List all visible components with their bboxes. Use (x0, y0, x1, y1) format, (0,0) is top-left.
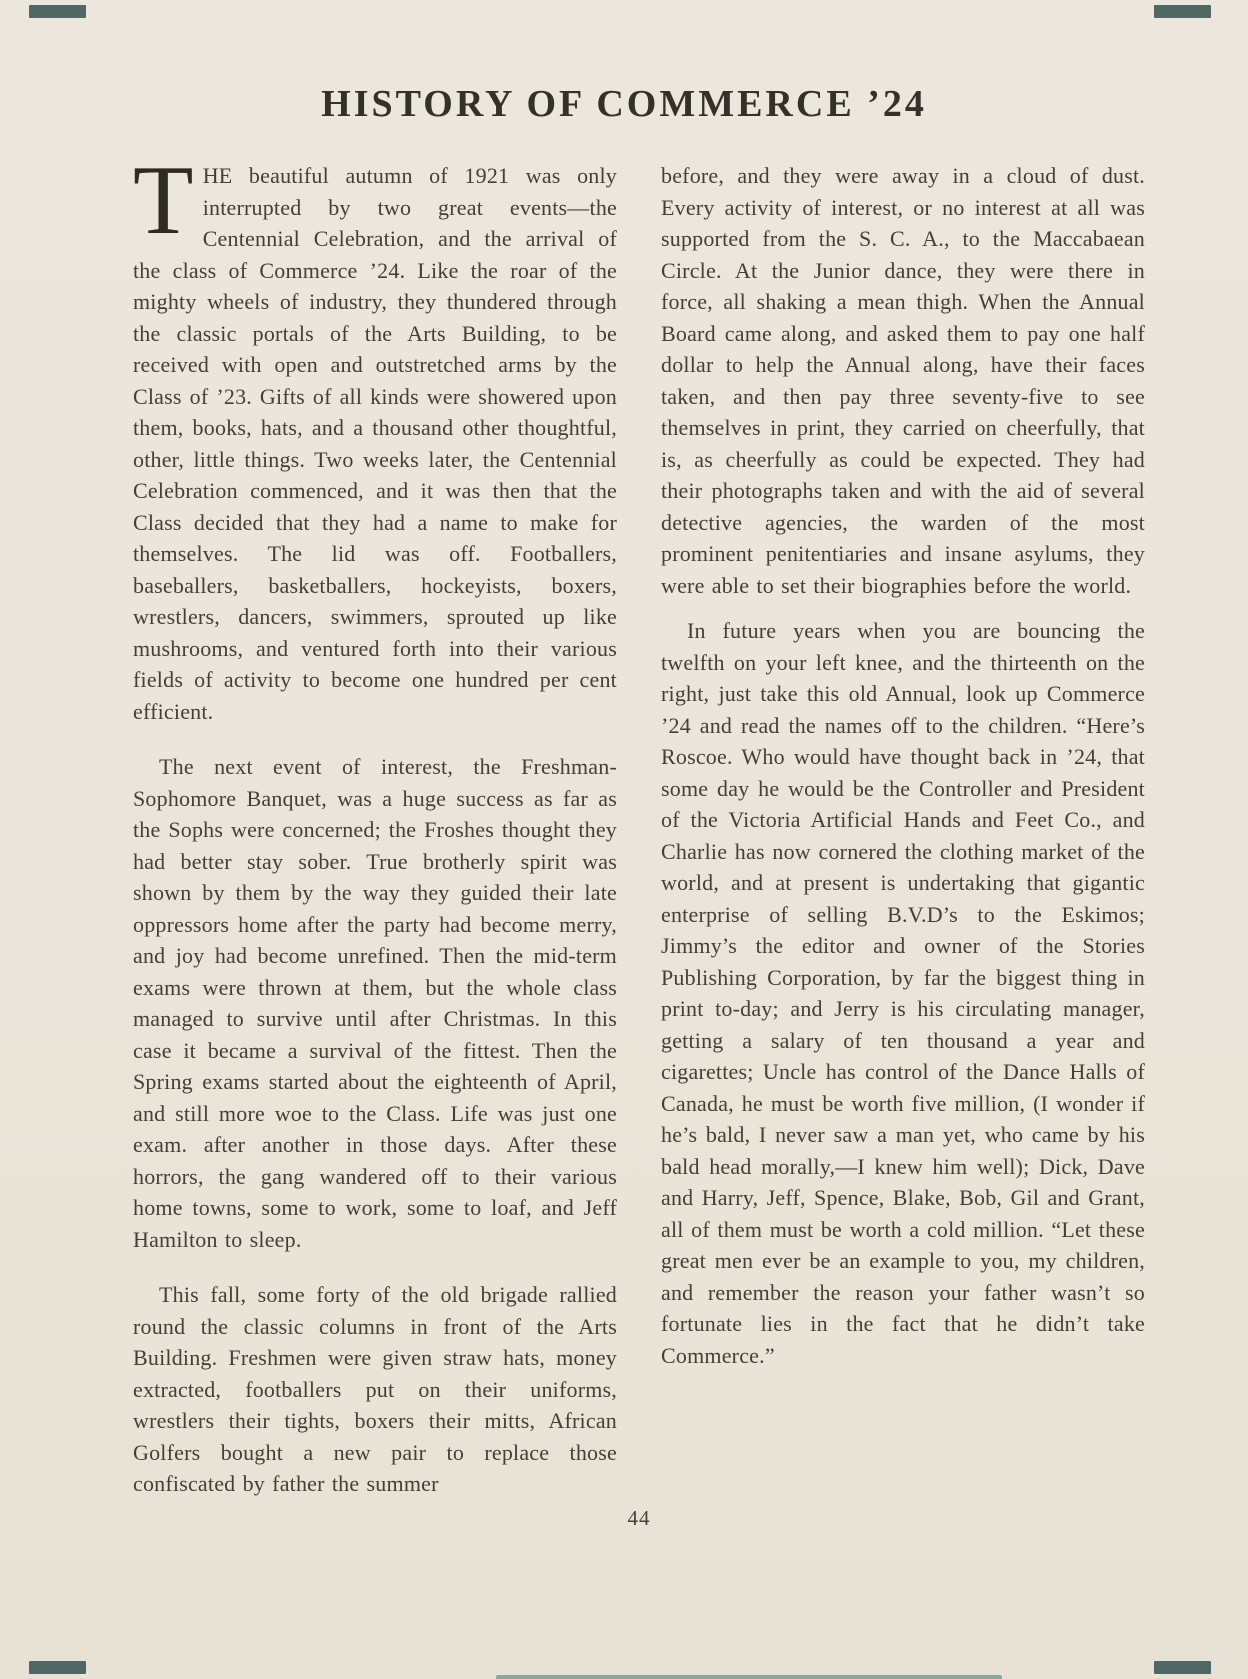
paragraph-1-text: HE beautiful autumn of 1921 was only int… (133, 163, 617, 724)
drop-cap: T (133, 160, 203, 242)
scan-bottom-edge-artifact (496, 1675, 1002, 1679)
scan-corner-mark-top-right (1154, 5, 1211, 18)
right-column: before, and they were away in a cloud of… (661, 160, 1145, 1500)
paragraph-2: The next event of interest, the Freshman… (133, 751, 617, 1255)
page-title: HISTORY OF COMMERCE ’24 (0, 82, 1248, 126)
paragraph-1: THE beautiful autumn of 1921 was only in… (133, 160, 617, 727)
scan-corner-mark-bottom-right (1154, 1661, 1211, 1674)
left-column: THE beautiful autumn of 1921 was only in… (133, 160, 617, 1500)
paragraph-5: In future years when you are bouncing th… (661, 615, 1145, 1371)
text-columns: THE beautiful autumn of 1921 was only in… (133, 160, 1145, 1500)
scan-corner-mark-top-left (29, 5, 86, 18)
scan-corner-mark-bottom-left (29, 1661, 86, 1674)
page-number: 44 (133, 1506, 1145, 1531)
paragraph-4: before, and they were away in a cloud of… (661, 160, 1145, 601)
paragraph-3: This fall, some forty of the old brigade… (133, 1279, 617, 1500)
yearbook-page: HISTORY OF COMMERCE ’24 THE beautiful au… (0, 0, 1248, 1679)
